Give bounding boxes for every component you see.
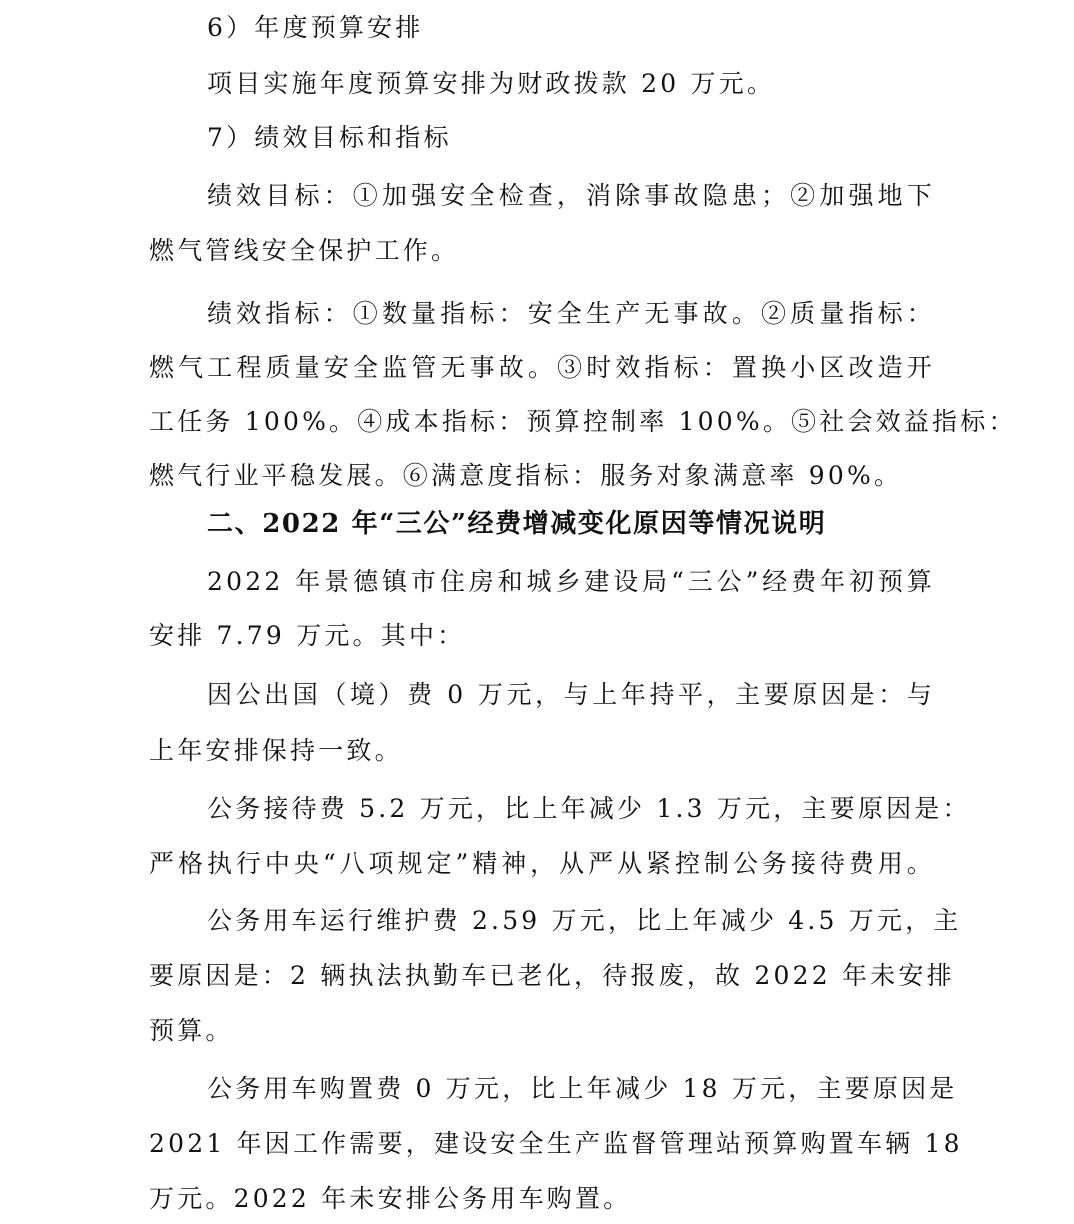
- paragraph-performance-indicators-line-3: 工任务 100%。④成本指标：预算控制率 100%。⑤社会效益指标：: [149, 406, 935, 438]
- paragraph-reception-line-2: 严格执行中央“八项规定”精神，从严从紧控制公务接待费用。: [149, 848, 935, 880]
- paragraph-overseas-travel-line-1: 因公出国（境）费 0 万元，与上年持平，主要原因是：与: [207, 679, 935, 711]
- paragraph-performance-indicators-line-4: 燃气行业平稳发展。⑥满意度指标：服务对象满意率 90%。: [149, 460, 902, 492]
- paragraph-vehicle-purchase-line-3: 万元。2022 年未安排公务用车购置。: [149, 1183, 631, 1215]
- paragraph-performance-indicators-line-2: 燃气工程质量安全监管无事故。③时效指标：置换小区改造开: [149, 352, 935, 384]
- paragraph-vehicle-purchase-line-2: 2021 年因工作需要，建设安全生产监督管理站预算购置车辆 18: [149, 1128, 935, 1160]
- subheading-performance-goals: 7）绩效目标和指标: [207, 122, 452, 154]
- subheading-annual-budget: 6）年度预算安排: [207, 12, 424, 44]
- paragraph-sangong-total-line-1: 2022 年景德镇市住房和城乡建设局“三公”经费年初预算: [207, 566, 935, 598]
- section-heading-sangong: 二、2022 年“三公”经费增减变化原因等情况说明: [207, 508, 826, 540]
- paragraph-overseas-travel-line-2: 上年安排保持一致。: [149, 735, 403, 767]
- paragraph-sangong-total-line-2: 安排 7.79 万元。其中：: [149, 620, 465, 652]
- paragraph-performance-goals-line-2: 燃气管线安全保护工作。: [149, 235, 459, 267]
- paragraph-reception-line-1: 公务接待费 5.2 万元，比上年减少 1.3 万元，主要原因是：: [207, 793, 935, 825]
- paragraph-vehicle-maintenance-line-2: 要原因是：2 辆执法执勤车已老化，待报废，故 2022 年未安排: [149, 960, 935, 992]
- paragraph-vehicle-maintenance-line-1: 公务用车运行维护费 2.59 万元，比上年减少 4.5 万元，主: [207, 905, 935, 937]
- paragraph-performance-goals-line-1: 绩效目标：①加强安全检查，消除事故隐患；②加强地下: [207, 180, 935, 212]
- paragraph-vehicle-maintenance-line-3: 预算。: [149, 1015, 234, 1047]
- paragraph-vehicle-purchase-line-1: 公务用车购置费 0 万元，比上年减少 18 万元，主要原因是: [207, 1073, 935, 1105]
- paragraph-performance-indicators-line-1: 绩效指标：①数量指标：安全生产无事故。②质量指标：: [207, 298, 935, 330]
- paragraph-annual-budget-line-1: 项目实施年度预算安排为财政拨款 20 万元。: [207, 68, 775, 100]
